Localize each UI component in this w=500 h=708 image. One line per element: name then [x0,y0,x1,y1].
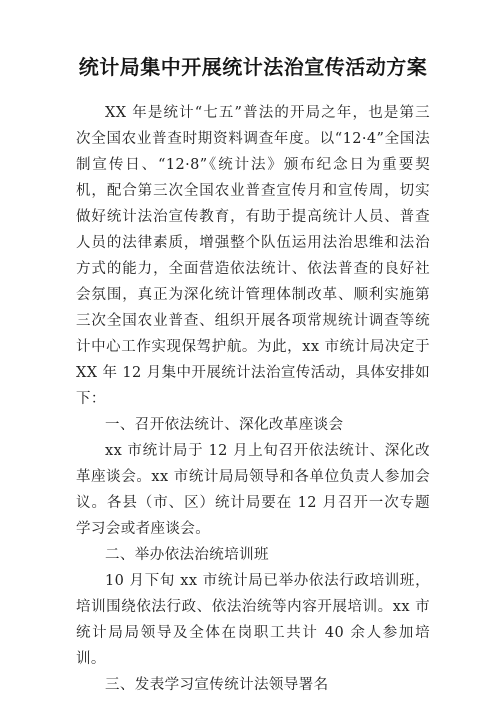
body-paragraph-intro: XX 年是统计“七五”普法的开局之年，也是第三次全国农业普查时期资料调查年度。以… [76,100,430,412]
document-title: 统计局集中开展统计法治宣传活动方案 [76,50,430,85]
section-heading-3: 三、发表学习宣传统计法领导署名 [76,672,430,698]
section-heading-2: 二、举办依法治统培训班 [76,542,430,568]
body-paragraph-section-2: 10 月下旬 xx 市统计局已举办依法行政培训班，培训围绕依法行政、依法治统等内… [76,568,430,672]
section-heading-1: 一、召开依法统计、深化改革座谈会 [76,412,430,438]
body-paragraph-section-1: xx 市统计局于 12 月上旬召开依法统计、深化改革座谈会。xx 市统计局局领导… [76,438,430,542]
document-page: 统计局集中开展统计法治宣传活动方案 XX 年是统计“七五”普法的开局之年，也是第… [0,0,500,708]
